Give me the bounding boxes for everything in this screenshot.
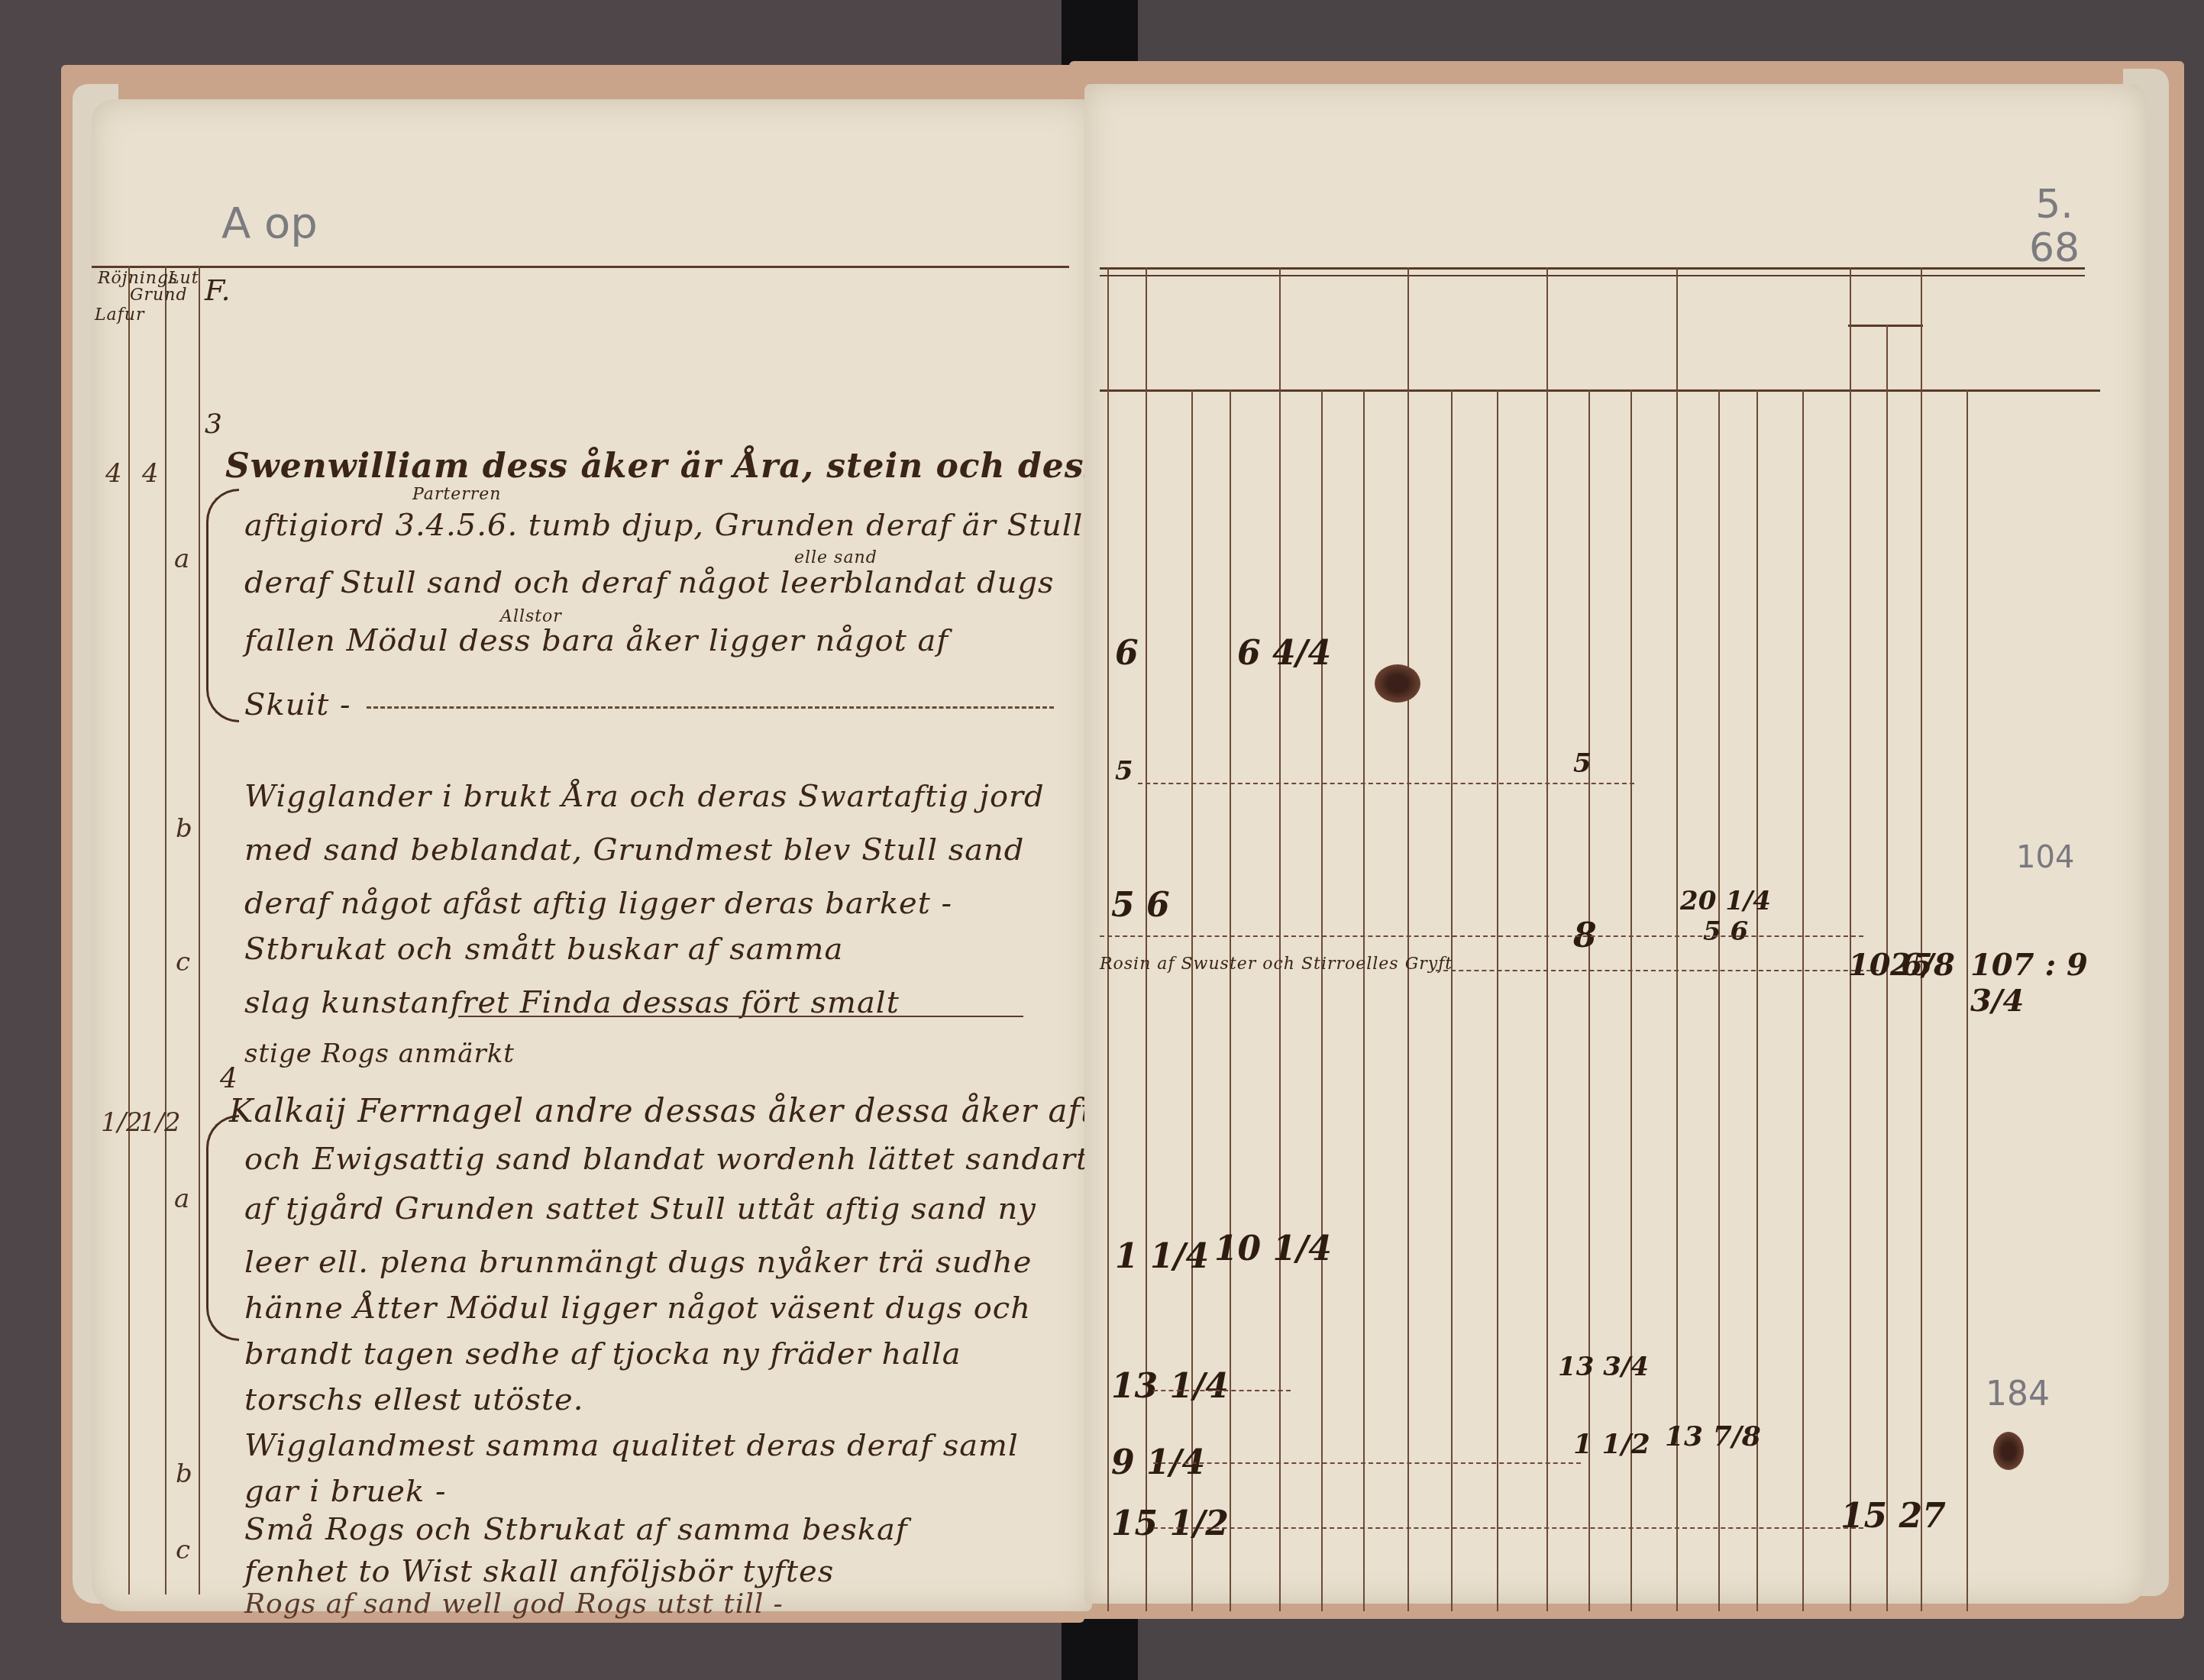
table-header-rule (1100, 389, 2100, 392)
entry-4c-line-3: Rogs af sand well god Rogs utst till - (244, 1588, 784, 1620)
entry-3-label-c: c (176, 947, 190, 977)
col-rule (1966, 389, 1968, 1611)
cell-r3-c4: 5 6 (1703, 916, 1748, 947)
ink-blot (1993, 1432, 2024, 1470)
cell-r1-c1: 6 (1115, 634, 1139, 673)
entry-4-margin-right: 1/2 (139, 1107, 181, 1138)
entry-3b-line-1: Wigglander i brukt Åra och deras Swartaf… (244, 779, 1045, 814)
col-rule (1676, 267, 1678, 1611)
cell-r3-c1: 5 6 (1111, 886, 1170, 925)
ink-blot (1375, 664, 1420, 703)
pencil-annotation-right: 5. 68 (2024, 183, 2085, 270)
row-3-fill (1100, 935, 1863, 937)
entry-4-brace (206, 1115, 239, 1341)
entry-3-interlinear-2: elle sand (794, 548, 877, 567)
row-4-fill (1436, 970, 1879, 971)
col-rule (1497, 389, 1498, 1611)
col-rule (1279, 267, 1281, 1611)
margin-rule-3 (199, 266, 200, 1594)
entry-4-label-c: c (176, 1535, 190, 1565)
cell-r8-c2: 15 27 (1840, 1497, 1946, 1536)
entry-3-end-rule (458, 1016, 1023, 1017)
cell-r5-c1: 1 1/4 (1115, 1237, 1209, 1276)
cell-r4-c2: 25 (1890, 947, 1933, 983)
entry-3c-line-3: stige Rogs anmärkt (244, 1039, 515, 1069)
entry-3b-line-2: med sand beblandat, Grundmest blev Stull… (244, 832, 1024, 867)
cell-r5-c2: 10 1/4 (1214, 1229, 1332, 1268)
col-rule (1802, 389, 1804, 1611)
entry-4c-line-1: Små Rogs och Stbrukat af samma beskaf (244, 1512, 908, 1547)
entry-3b-line-3: deraf något afåst aftig ligger deras bar… (244, 886, 952, 921)
header-col-2: Grund (130, 286, 188, 305)
entry-4-margin-left: 1/2 (101, 1107, 143, 1138)
row-4-label: Rosin af Swuster och Stirroelles Gryft (1100, 955, 1453, 974)
cell-r8-c1: 15 1/2 (1111, 1504, 1229, 1543)
col-rule (1921, 267, 1922, 1611)
entry-4b-line-1: Wigglandmest samma qualitet deras deraf … (244, 1428, 1019, 1463)
col-rule (1451, 389, 1453, 1611)
header-mark: F. (205, 273, 231, 307)
table-top-rule-1 (1100, 267, 2085, 270)
entry-4b-line-2: gar i bruek - (244, 1474, 446, 1509)
table-subheader-rule (1848, 325, 1923, 327)
right-page: 5. 68 6 6 4/4 5 5 5 6 8 20 1/4 5 6 Rosin… (1084, 84, 2146, 1604)
col-rule (1191, 389, 1193, 1611)
row-7-fill (1153, 1462, 1581, 1464)
cell-r7-c3: 13 7/8 (1665, 1420, 1761, 1452)
entry-3-label-a: a (174, 544, 189, 574)
col-rule (1146, 267, 1147, 1611)
header-col-3: Lut (168, 269, 199, 288)
cell-r6-c2: 13 3/4 (1558, 1352, 1649, 1382)
entry-3-line-3: deraf Stull sand och deraf något leerbla… (244, 565, 1055, 600)
col-rule (1230, 389, 1231, 1611)
col-rule (1407, 267, 1409, 1611)
entry-4-line-7: torschs ellest utöste. (244, 1382, 583, 1417)
entry-3-brace (206, 489, 239, 722)
cell-r3-c3: 20 1/4 (1680, 886, 1771, 916)
cell-r4-c3: 107 : 9 3/4 (1970, 947, 2146, 1019)
entry-3-line-5: Skuit - (244, 687, 351, 722)
pencil-annotation-left: A op (221, 199, 318, 248)
entry-4-line-4: leer ell. plena brunmängt dugs nyåker tr… (244, 1245, 1033, 1280)
row-8-fill (1153, 1527, 1863, 1529)
pencil-number-1: 104 (2016, 840, 2074, 875)
entry-4-label-a: a (174, 1184, 189, 1214)
entry-4-line-1: Kalkaij Ferrnagel andre dessas åker dess… (229, 1092, 1215, 1129)
row-2-fill (1138, 783, 1634, 784)
entry-3-label-b: b (176, 813, 192, 844)
cell-r6-c1: 13 1/4 (1111, 1367, 1229, 1406)
col-rule (1546, 267, 1548, 1611)
entry-4-line-5: hänne Åtter Mödul ligger något väsent du… (244, 1291, 1031, 1326)
cell-r2-c1: 5 (1115, 756, 1133, 787)
table-top-rule-2 (1100, 275, 2085, 276)
left-page: A op Röjnings Grund Lut Lafur F. 4 4 3 a… (92, 99, 1092, 1611)
margin-rule-1 (128, 266, 130, 1594)
entry-3c-line-1: Stbrukat och smått buskar af samma (244, 932, 843, 967)
entry-3-fill-line (367, 706, 1054, 709)
entry-3-interlinear-3: Allstor (500, 607, 562, 626)
entry-4-number: 4 (220, 1063, 238, 1094)
col-rule (1107, 267, 1109, 1611)
entry-4-label-b: b (176, 1459, 192, 1489)
header-rule (92, 266, 1069, 268)
margin-rule-2 (165, 266, 166, 1594)
entry-3-margin-right: 4 (142, 458, 159, 489)
entry-3-line-2: aftigiord 3.4.5.6. tumb djup, Grunden de… (244, 508, 1083, 543)
header-extra: Lafur (95, 305, 145, 325)
entry-3-interlinear-1: Parterren (412, 485, 502, 504)
entry-4-line-3: af tjgård Grunden sattet Stull uttåt aft… (244, 1191, 1036, 1226)
pencil-number-2: 184 (1986, 1375, 2050, 1413)
col-rule (1850, 267, 1851, 1611)
col-rule (1363, 389, 1365, 1611)
cell-r1-c2: 6 4/4 (1237, 634, 1331, 673)
cell-r2-c2: 5 (1573, 748, 1592, 779)
entry-4c-line-2: fenhet to Wist skall anföljsbör tyftes (244, 1554, 834, 1589)
entry-4-line-2: och Ewigsattig sand blandat wordenh lätt… (244, 1142, 1089, 1177)
row-6-fill (1153, 1390, 1291, 1391)
entry-3-margin-left: 4 (105, 458, 122, 489)
entry-3-number: 3 (205, 409, 223, 440)
entry-4-line-6: brandt tagen sedhe af tjocka ny fräder h… (244, 1336, 961, 1371)
col-rule (1321, 389, 1323, 1611)
cell-r7-c2: 1 1/2 (1573, 1428, 1650, 1460)
entry-3-line-4: fallen Mödul dess bara åker ligger något… (244, 623, 948, 658)
